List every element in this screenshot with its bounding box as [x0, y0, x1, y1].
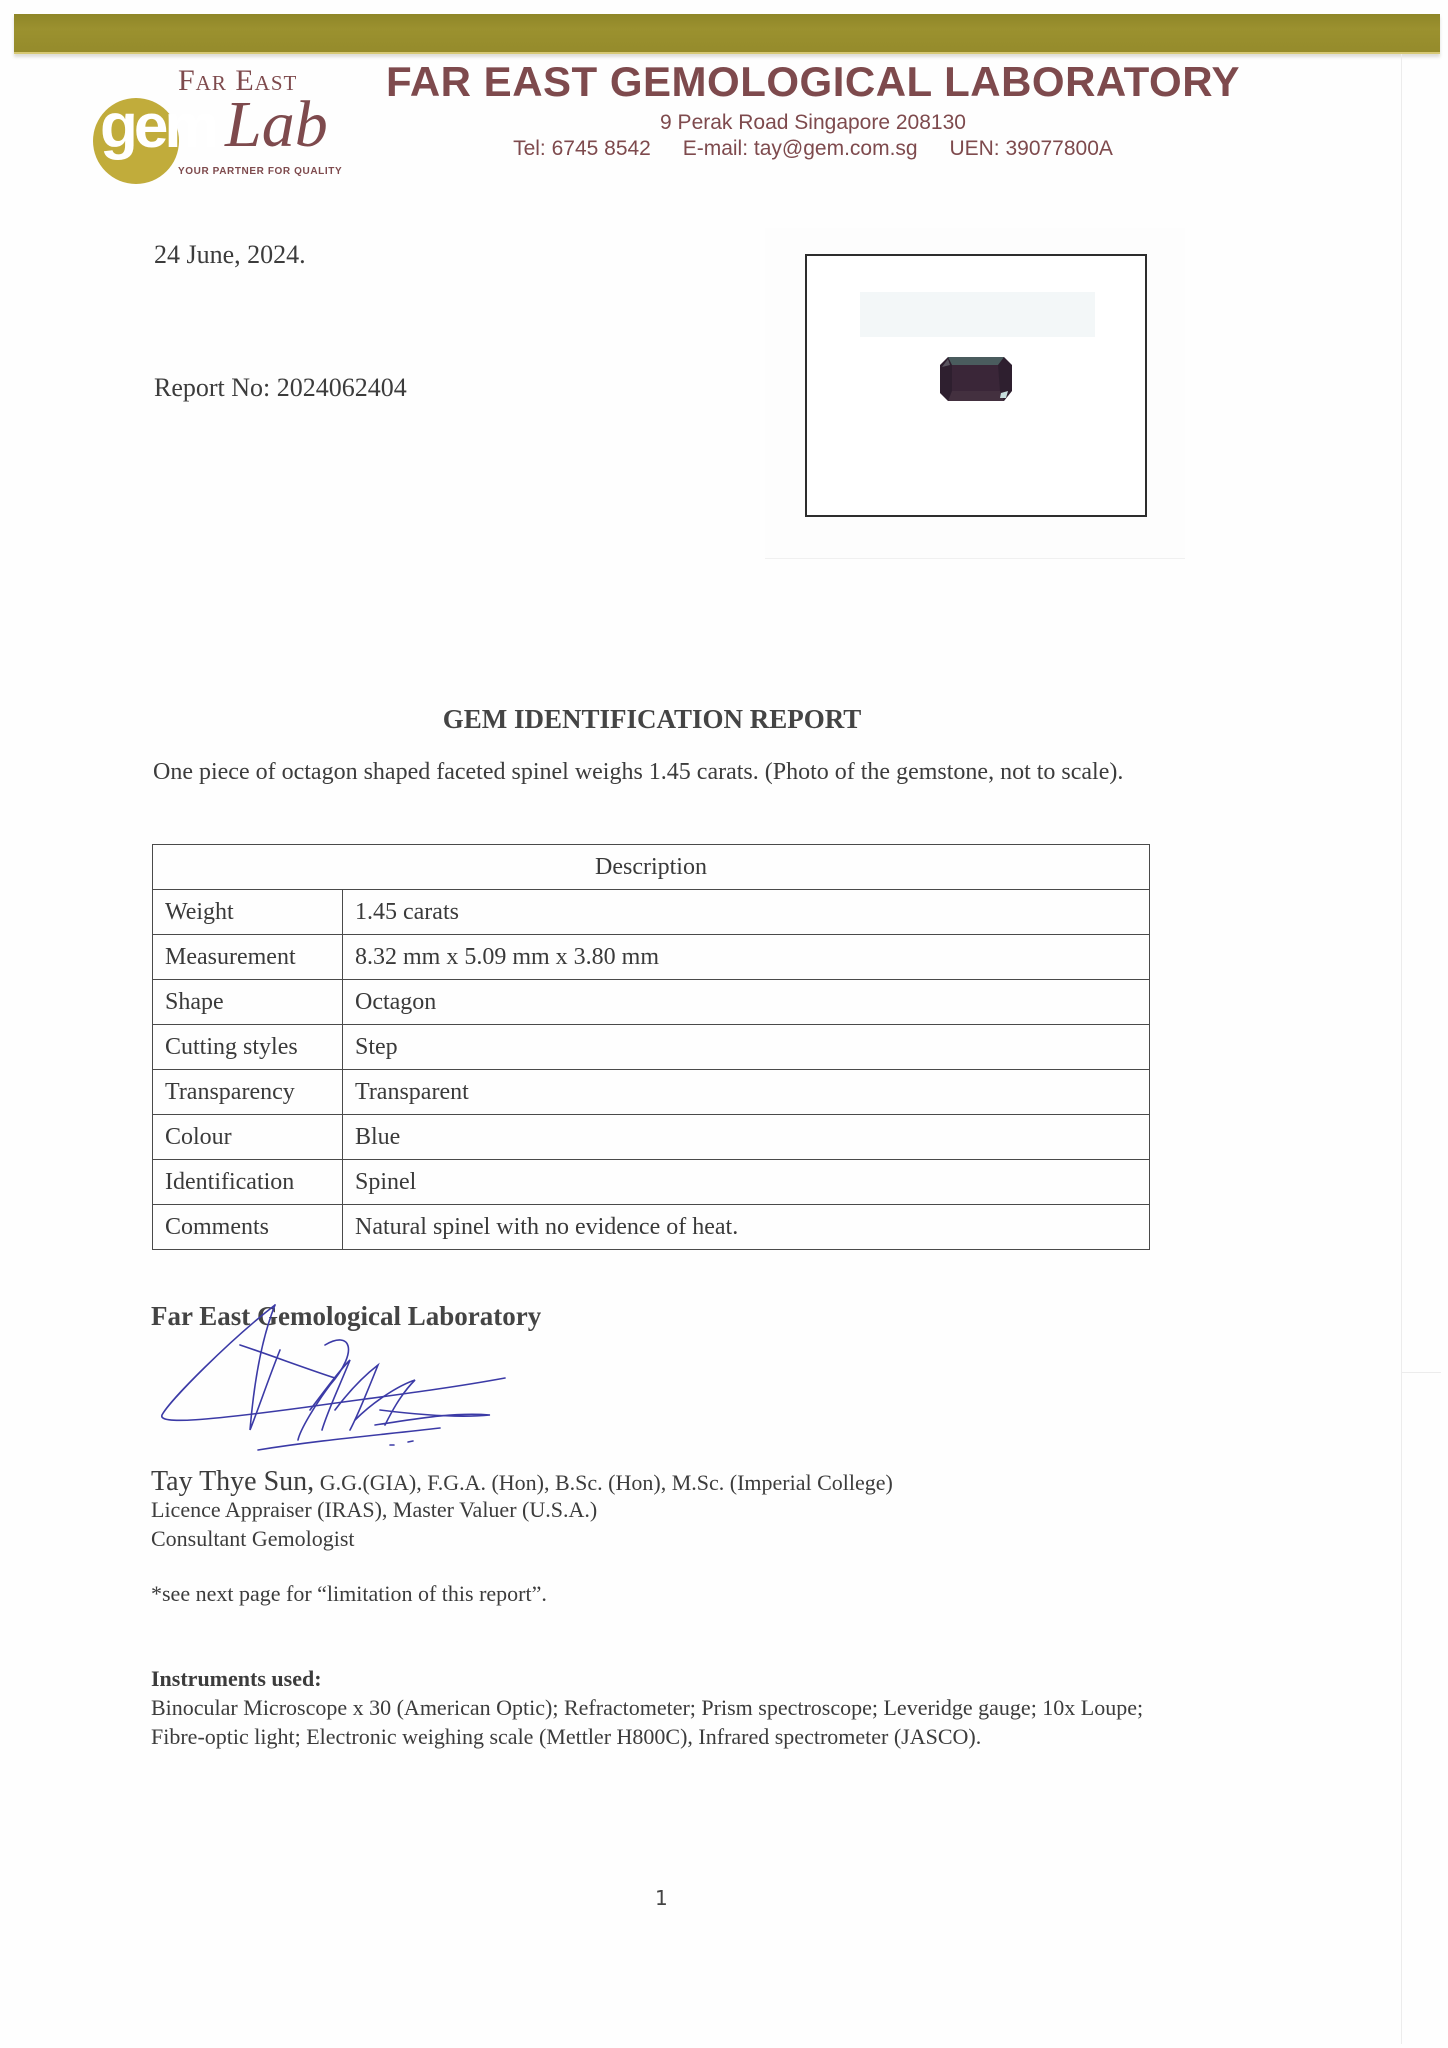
row-label: Comments	[153, 1205, 343, 1250]
table-header-description: Description	[153, 845, 1150, 890]
organization-contact: Tel: 6745 8542 E-mail: tay@gem.com.sg UE…	[383, 137, 1243, 161]
table-row: Colour Blue	[153, 1115, 1150, 1160]
table-header-row: Description	[153, 845, 1150, 890]
scan-page-edge-mark	[1401, 1372, 1441, 1373]
signatory-qualifications: G.G.(GIA), F.G.A. (Hon), B.Sc. (Hon), M.…	[314, 1470, 893, 1495]
letterhead-top-bar	[14, 14, 1440, 54]
row-label: Transparency	[153, 1070, 343, 1115]
row-value: Transparent	[343, 1070, 1150, 1115]
row-value: 8.32 mm x 5.09 mm x 3.80 mm	[343, 935, 1150, 980]
photo-background-tint	[860, 292, 1095, 337]
signatory-role: Consultant Gemologist	[151, 1526, 355, 1552]
gemstone-photo-icon	[938, 351, 1014, 405]
report-intro: One piece of octagon shaped faceted spin…	[153, 756, 1163, 789]
row-value: 1.45 carats	[343, 890, 1150, 935]
organization-address: 9 Perak Road Singapore 208130	[383, 111, 1243, 135]
handwritten-signature-icon	[150, 1290, 530, 1455]
row-value: Spinel	[343, 1160, 1150, 1205]
logo-tagline: YOUR PARTNER FOR QUALITY	[178, 166, 342, 177]
instruments-list: Binocular Microscope x 30 (American Opti…	[151, 1693, 1151, 1751]
organization-name: FAR EAST GEMOLOGICAL LABORATORY	[383, 58, 1243, 106]
table-row: Identification Spinel	[153, 1160, 1150, 1205]
contact-email: E-mail: tay@gem.com.sg	[683, 137, 918, 160]
row-label: Weight	[153, 890, 343, 935]
contact-tel: Tel: 6745 8542	[513, 137, 651, 160]
row-label: Shape	[153, 980, 343, 1025]
signatory-name-line: Tay Thye Sun, G.G.(GIA), F.G.A. (Hon), B…	[151, 1466, 893, 1498]
contact-uen: UEN: 39077800A	[949, 137, 1112, 160]
table-row: Shape Octagon	[153, 980, 1150, 1025]
signatory-credentials: Licence Appraiser (IRAS), Master Valuer …	[151, 1497, 597, 1523]
report-date: 24 June, 2024.	[154, 240, 306, 270]
row-label: Measurement	[153, 935, 343, 980]
page-number: 1	[655, 1886, 668, 1910]
scan-page-edge	[1401, 54, 1402, 2044]
limitation-note: *see next page for “limitation of this r…	[151, 1581, 547, 1607]
report-number: Report No: 2024062404	[154, 373, 407, 403]
table-row: Weight 1.45 carats	[153, 890, 1150, 935]
table-row: Measurement 8.32 mm x 5.09 mm x 3.80 mm	[153, 935, 1150, 980]
row-value: Step	[343, 1025, 1150, 1070]
row-label: Cutting styles	[153, 1025, 343, 1070]
row-value: Natural spinel with no evidence of heat.	[343, 1205, 1150, 1250]
row-label: Identification	[153, 1160, 343, 1205]
description-table: Description Weight 1.45 carats Measureme…	[152, 844, 1150, 1250]
row-value: Blue	[343, 1115, 1150, 1160]
report-title: GEM IDENTIFICATION REPORT	[152, 704, 1152, 735]
table-row: Comments Natural spinel with no evidence…	[153, 1205, 1150, 1250]
table-row: Transparency Transparent	[153, 1070, 1150, 1115]
instruments-heading: Instruments used:	[151, 1666, 322, 1692]
logo-lab-text: Lab	[225, 92, 328, 158]
table-row: Cutting styles Step	[153, 1025, 1150, 1070]
logo-gem-text: gem	[100, 96, 215, 158]
signatory-name: Tay Thye Sun,	[151, 1466, 314, 1497]
row-label: Colour	[153, 1115, 343, 1160]
row-value: Octagon	[343, 980, 1150, 1025]
